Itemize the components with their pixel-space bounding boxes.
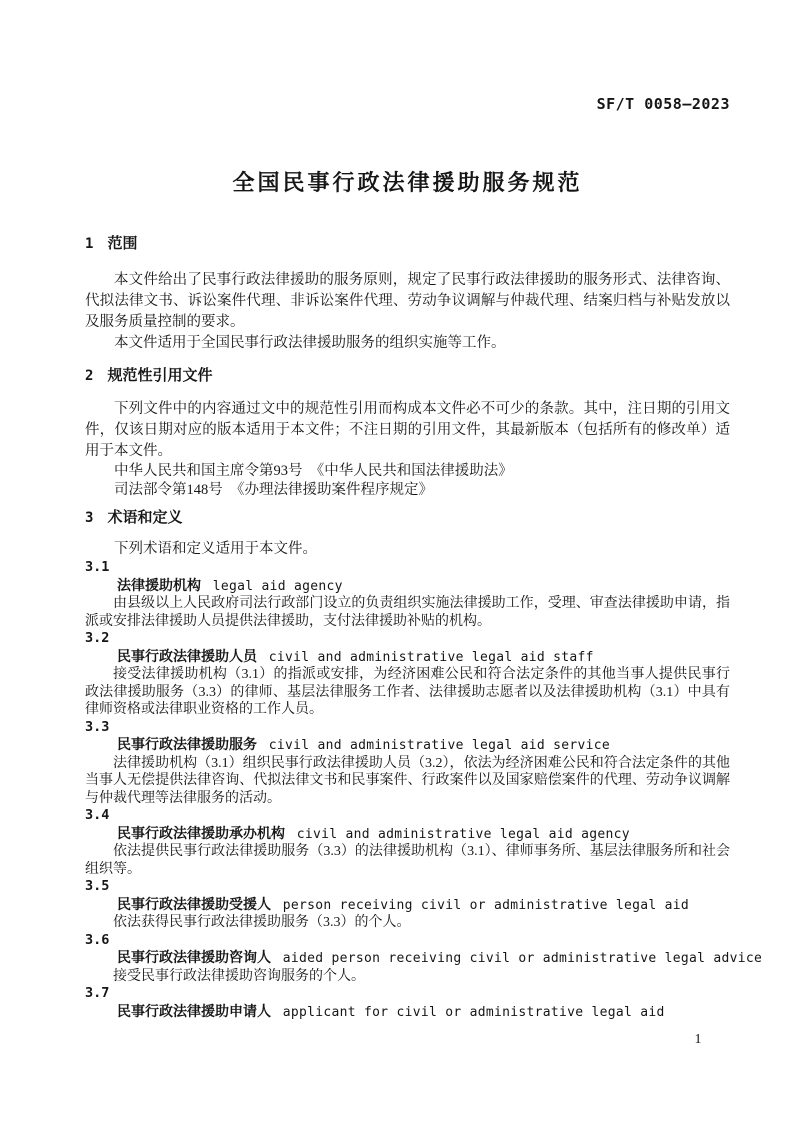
term-number: 3.5 (85, 878, 730, 896)
term-name-zh: 民事行政法律援助人员 (117, 648, 257, 664)
term-name-en: aided person receiving civil or administ… (283, 951, 762, 966)
reference-item: 司法部令第148号 《办理法律援助案件程序规定》 (85, 481, 730, 500)
term-entry-3-3: 3.3 民事行政法律援助服务civil and administrative l… (85, 719, 730, 808)
section-heading-scope: 1范围 (85, 234, 730, 254)
term-entry-3-4: 3.4 民事行政法律援助承办机构civil and administrative… (85, 807, 730, 878)
terms-intro: 下列术语和定义适用于本文件。 (85, 540, 730, 559)
term-number: 3.4 (85, 807, 730, 825)
section-heading-terms: 3术语和定义 (85, 508, 730, 528)
section-heading-normative-references: 2规范性引用文件 (85, 366, 730, 386)
term-name: 法律援助机构legal aid agency (85, 577, 730, 596)
term-entry-3-2: 3.2 民事行政法律援助人员civil and administrative l… (85, 630, 730, 719)
term-number: 3.6 (85, 932, 730, 950)
term-definition: 接受民事行政法律援助咨询服务的个人。 (85, 968, 730, 986)
term-name-zh: 民事行政法律援助咨询人 (117, 949, 271, 965)
section-number: 2 (85, 368, 93, 384)
reference-item: 中华人民共和国主席令第93号 《中华人民共和国法律援助法》 (85, 462, 730, 481)
term-definition: 法律援助机构（3.1）组织民事行政法律援助人员（3.2），依法为经济困难公民和符… (85, 755, 730, 808)
term-name-en: person receiving civil or administrative… (283, 898, 689, 913)
scope-paragraph: 本文件给出了民事行政法律援助的服务原则，规定了民事行政法律援助的服务形式、法律咨… (85, 270, 730, 333)
term-name: 民事行政法律援助申请人applicant for civil or admini… (85, 1003, 730, 1022)
section-title: 术语和定义 (107, 509, 182, 526)
term-entry-3-5: 3.5 民事行政法律援助受援人person receiving civil or… (85, 878, 730, 932)
page-number: 1 (688, 1032, 708, 1048)
term-definition: 接受法律援助机构（3.1）的指派或安排，为经济困难公民和符合法定条件的其他当事人… (85, 666, 730, 719)
term-name-zh: 民事行政法律援助申请人 (117, 1003, 271, 1019)
standard-code: SF/T 0058—2023 (85, 96, 730, 112)
term-name-zh: 民事行政法律援助服务 (117, 736, 257, 752)
term-name-zh: 民事行政法律援助受援人 (117, 896, 271, 912)
term-name-zh: 民事行政法律援助承办机构 (117, 825, 285, 841)
scope-paragraph: 本文件适用于全国民事行政法律援助服务的组织实施等工作。 (85, 333, 730, 354)
term-number: 3.1 (85, 559, 730, 577)
term-name-en: civil and administrative legal aid staff (269, 650, 594, 665)
term-name-en: civil and administrative legal aid agenc… (297, 827, 630, 842)
section-title: 规范性引用文件 (107, 367, 212, 384)
term-definition: 依法获得民事行政法律援助服务（3.3）的个人。 (85, 914, 730, 932)
section-number: 1 (85, 236, 93, 252)
normative-references-intro: 下列文件中的内容通过文中的规范性引用而构成本文件必不可少的条款。其中，注日期的引… (85, 399, 730, 462)
term-number: 3.3 (85, 719, 730, 737)
term-number: 3.7 (85, 985, 730, 1003)
term-name: 民事行政法律援助服务civil and administrative legal… (85, 736, 730, 755)
term-definition: 由县级以上人民政府司法行政部门设立的负责组织实施法律援助工作，受理、审查法律援助… (85, 595, 730, 630)
term-name: 民事行政法律援助咨询人aided person receiving civil … (85, 949, 730, 968)
term-name-zh: 法律援助机构 (117, 577, 201, 593)
term-entry-3-7: 3.7 民事行政法律援助申请人applicant for civil or ad… (85, 985, 730, 1021)
term-definition: 依法提供民事行政法律援助服务（3.3）的法律援助机构（3.1）、律师事务所、基层… (85, 843, 730, 878)
section-number: 3 (85, 510, 93, 526)
term-entry-3-6: 3.6 民事行政法律援助咨询人aided person receiving ci… (85, 932, 730, 986)
term-name-en: applicant for civil or administrative le… (283, 1005, 665, 1020)
term-entry-3-1: 3.1 法律援助机构legal aid agency 由县级以上人民政府司法行政… (85, 559, 730, 630)
term-name-en: legal aid agency (213, 579, 343, 594)
term-number: 3.2 (85, 630, 730, 648)
document-page: SF/T 0058—2023 全国民事行政法律援助服务规范 1范围 本文件给出了… (0, 0, 794, 1122)
term-name: 民事行政法律援助承办机构civil and administrative leg… (85, 825, 730, 844)
term-name: 民事行政法律援助人员civil and administrative legal… (85, 648, 730, 667)
term-name-en: civil and administrative legal aid servi… (269, 738, 610, 753)
section-title: 范围 (107, 235, 137, 252)
term-name: 民事行政法律援助受援人person receiving civil or adm… (85, 896, 730, 915)
document-title: 全国民事行政法律援助服务规范 (85, 168, 730, 198)
